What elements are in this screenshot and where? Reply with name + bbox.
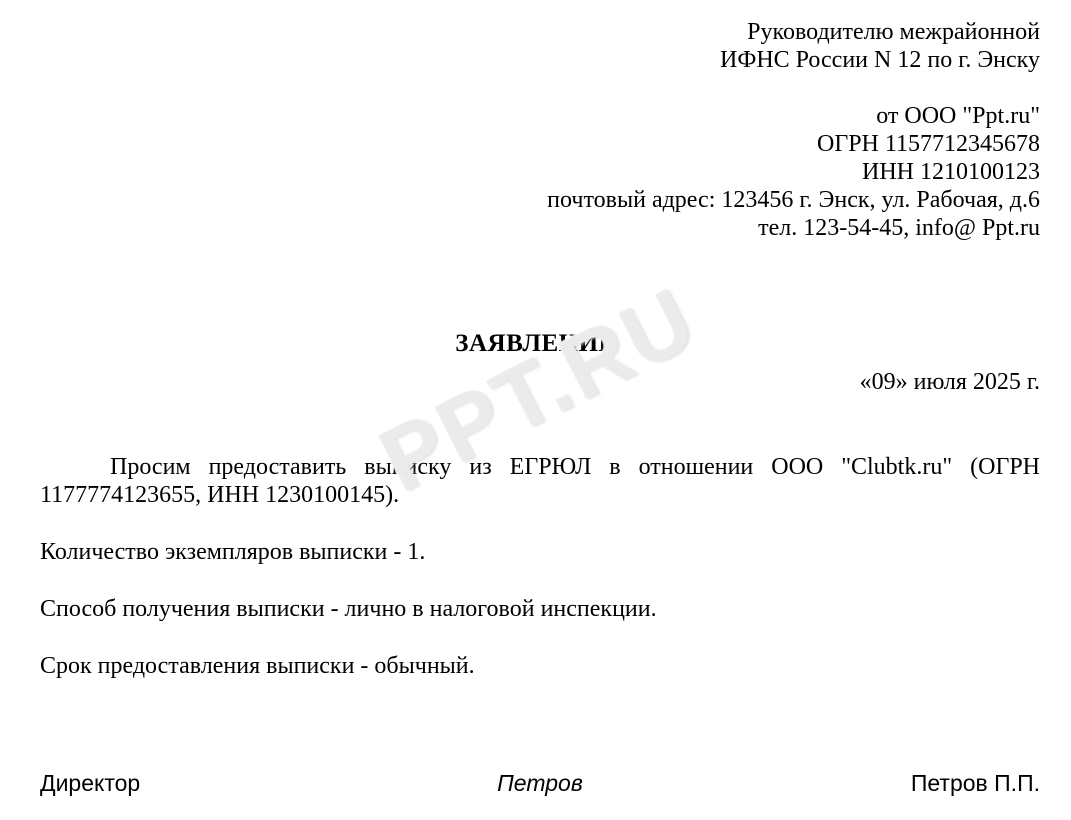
signature-position: Директор bbox=[40, 770, 497, 797]
document-body: Просим предоставить выписку из ЕГРЮЛ в о… bbox=[0, 453, 1071, 680]
body-paragraph: Просим предоставить выписку из ЕГРЮЛ в о… bbox=[40, 453, 1040, 509]
document-header: Руководителю межрайонной ИФНС России N 1… bbox=[0, 0, 1071, 242]
header-spacer bbox=[40, 74, 1040, 102]
sender-line: ИНН 1210100123 bbox=[40, 158, 1040, 186]
sender-line: тел. 123-54-45, info@ Ppt.ru bbox=[40, 214, 1040, 242]
signature-fullname: Петров П.П. bbox=[583, 770, 1040, 797]
signature-handwritten: Петров bbox=[497, 770, 583, 797]
recipient-line: Руководителю межрайонной bbox=[40, 18, 1040, 46]
document-page: Руководителю межрайонной ИФНС России N 1… bbox=[0, 0, 1071, 820]
document-title: ЗАЯВЛЕНИЕ bbox=[0, 330, 1071, 358]
document-date: «09» июля 2025 г. bbox=[0, 368, 1071, 396]
sender-line: почтовый адрес: 123456 г. Энск, ул. Рабо… bbox=[40, 186, 1040, 214]
signature-row: Директор Петров Петров П.П. bbox=[0, 770, 1071, 797]
sender-line: от ООО "Ppt.ru" bbox=[40, 102, 1040, 130]
sender-line: ОГРН 1157712345678 bbox=[40, 130, 1040, 158]
body-paragraph: Способ получения выписки - лично в налог… bbox=[40, 595, 1040, 623]
body-paragraph: Срок предоставления выписки - обычный. bbox=[40, 652, 1040, 680]
body-paragraph: Количество экземпляров выписки - 1. bbox=[40, 538, 1040, 566]
recipient-line: ИФНС России N 12 по г. Энску bbox=[40, 46, 1040, 74]
